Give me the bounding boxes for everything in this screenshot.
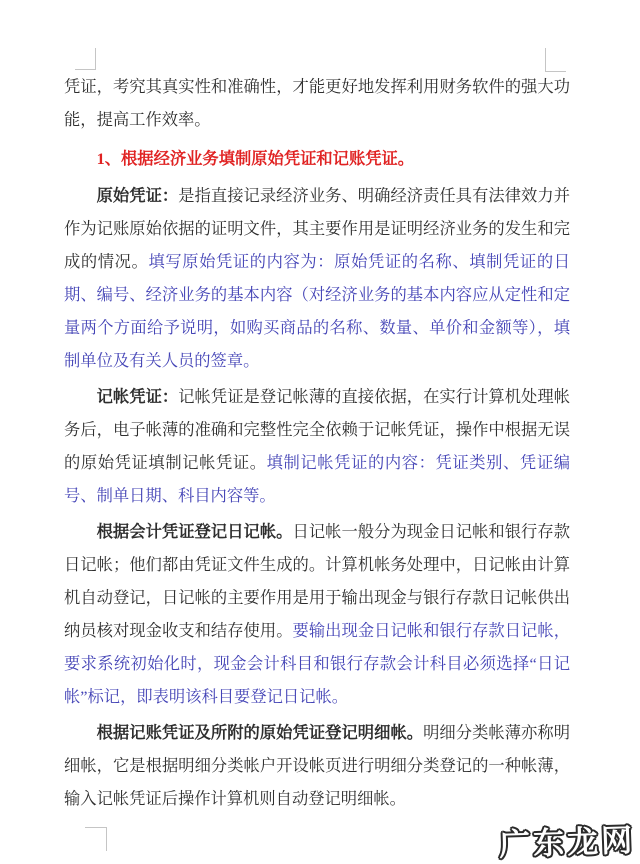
paragraph-journal: 根据会计凭证登记日记帐。日记帐一般分为现金日记帐和银行存款日记帐；他们都由凭证文… [64, 515, 570, 713]
watermark-logo: 广东龙网 [498, 815, 635, 864]
paragraph-intro-continued: 凭证，考究其真实性和准确性，才能更好地发挥利用财务软件的强大功能，提高工作效率。 [64, 70, 570, 136]
text-boundary-mark-bottom-left [85, 827, 107, 851]
text-boundary-mark-top-left [75, 48, 96, 70]
heading-text-run: 1、根据经济业务填制原始凭证和记账凭证。 [97, 149, 415, 168]
section-heading-1: 1、根据经济业务填制原始凭证和记账凭证。 [64, 142, 570, 175]
paragraph-original-voucher: 原始凭证：是指直接记录经济业务、明确经济责任具有法律效力并作为记账原始依据的证明… [64, 179, 570, 377]
document-body: 凭证，考究其真实性和准确性，才能更好地发挥利用财务软件的强大功能，提高工作效率。… [64, 70, 570, 815]
text-run: 凭证，考究其真实性和准确性，才能更好地发挥利用财务软件的强大功能，提高工作效率。 [64, 77, 570, 129]
document-page: 凭证，考究其真实性和准确性，才能更好地发挥利用财务软件的强大功能，提高工作效率。… [0, 0, 640, 864]
term-label-run: 根据记账凭证及所附的原始凭证登记明细帐。 [97, 723, 424, 742]
paragraph-bookkeeping-voucher: 记帐凭证：记帐凭证是登记帐薄的直接依据，在实行计算机处理帐务后，电子帐薄的准确和… [64, 380, 570, 512]
term-label-run: 记帐凭证： [97, 387, 179, 406]
text-boundary-mark-top-right [545, 48, 566, 72]
paragraph-subsidiary-ledger: 根据记账凭证及所附的原始凭证登记明细帐。明细分类帐薄亦称明细帐，它是根据明细分类… [64, 716, 570, 815]
term-label-run: 原始凭证： [97, 186, 179, 205]
term-label-run: 根据会计凭证登记日记帐。 [97, 522, 293, 541]
